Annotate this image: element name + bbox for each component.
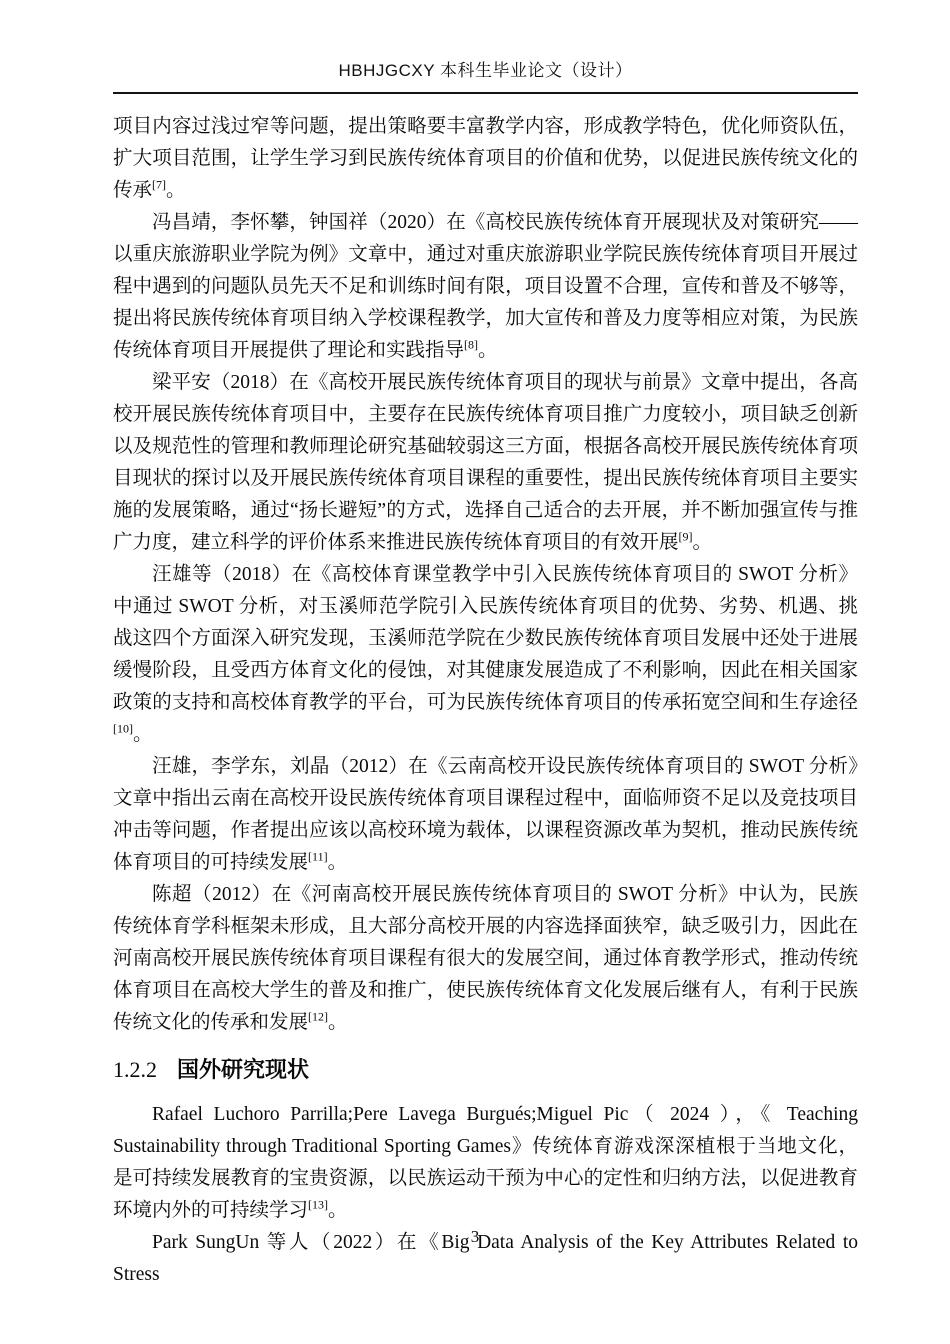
- citation-ref-8: [8]: [464, 338, 478, 352]
- paragraph-feng-2020-ref8: 冯昌靖，李怀攀，钟国祥（2020）在《高校民族传统体育开展现状及对策研究——以重…: [113, 207, 858, 367]
- page-content: 项目内容过浅过窄等问题，提出策略要丰富教学内容，形成教学特色，优化师资队伍，扩大…: [113, 111, 858, 1291]
- section-title: 国外研究现状: [177, 1057, 309, 1082]
- paragraph-chen-2012-ref12: 陈超（2012）在《河南高校开展民族传统体育项目的 SWOT 分析》中认为，民族…: [113, 879, 858, 1039]
- paragraph-text: 梁平安（2018）在《高校开展民族传统体育项目的现状与前景》文章中提出，各高校开…: [113, 372, 858, 553]
- running-header: HBHJGCXY 本科生毕业论文（设计）: [113, 60, 858, 94]
- paragraph-text: 陈超（2012）在《河南高校开展民族传统体育项目的 SWOT 分析》中认为，民族…: [113, 884, 858, 1033]
- paragraph-text: Rafael Luchoro Parrilla;Pere Lavega Burg…: [113, 1104, 858, 1221]
- page-number: 3: [471, 1227, 480, 1246]
- citation-ref-11: [11]: [308, 850, 328, 864]
- citation-ref-10: [10]: [113, 722, 133, 736]
- citation-ref-13: [13]: [308, 1198, 328, 1212]
- section-number: 1.2.2: [113, 1057, 157, 1082]
- thesis-page: HBHJGCXY 本科生毕业论文（设计） 项目内容过浅过窄等问题，提出策略要丰富…: [0, 0, 950, 1344]
- paragraph-tail: 。: [693, 532, 713, 553]
- paragraph-tail: 。: [133, 724, 153, 745]
- paragraph-text: 汪雄等（2018）在《高校体育课堂教学中引入民族传统体育项目的 SWOT 分析》…: [113, 564, 858, 713]
- paragraph-wang-2018-ref10: 汪雄等（2018）在《高校体育课堂教学中引入民族传统体育项目的 SWOT 分析》…: [113, 559, 858, 751]
- paragraph-wang-2012-ref11: 汪雄，李学东，刘晶（2012）在《云南高校开设民族传统体育项目的 SWOT 分析…: [113, 751, 858, 879]
- paragraph-continuation-ref7: 项目内容过浅过窄等问题，提出策略要丰富教学内容，形成教学特色，优化师资队伍，扩大…: [113, 111, 858, 207]
- citation-ref-12: [12]: [308, 1010, 328, 1024]
- header-title: HBHJGCXY 本科生毕业论文（设计）: [339, 61, 633, 80]
- paragraph-tail: 。: [328, 852, 348, 873]
- page-footer: 3: [0, 1226, 950, 1248]
- paragraph-tail: 。: [166, 180, 186, 201]
- citation-ref-7: [7]: [152, 178, 166, 192]
- paragraph-tail: 。: [328, 1012, 348, 1033]
- paragraph-rafael-2024-ref13: Rafael Luchoro Parrilla;Pere Lavega Burg…: [113, 1099, 858, 1227]
- citation-ref-9: [9]: [679, 530, 693, 544]
- paragraph-text: 汪雄，李学东，刘晶（2012）在《云南高校开设民族传统体育项目的 SWOT 分析…: [113, 756, 858, 873]
- section-heading-1-2-2: 1.2.2国外研究现状: [113, 1055, 858, 1085]
- paragraph-tail: 。: [478, 340, 498, 361]
- paragraph-text: 项目内容过浅过窄等问题，提出策略要丰富教学内容，形成教学特色，优化师资队伍，扩大…: [113, 116, 858, 201]
- paragraph-text: 冯昌靖，李怀攀，钟国祥（2020）在《高校民族传统体育开展现状及对策研究——以重…: [113, 212, 858, 361]
- paragraph-liang-2018-ref9: 梁平安（2018）在《高校开展民族传统体育项目的现状与前景》文章中提出，各高校开…: [113, 367, 858, 559]
- paragraph-tail: 。: [328, 1200, 348, 1221]
